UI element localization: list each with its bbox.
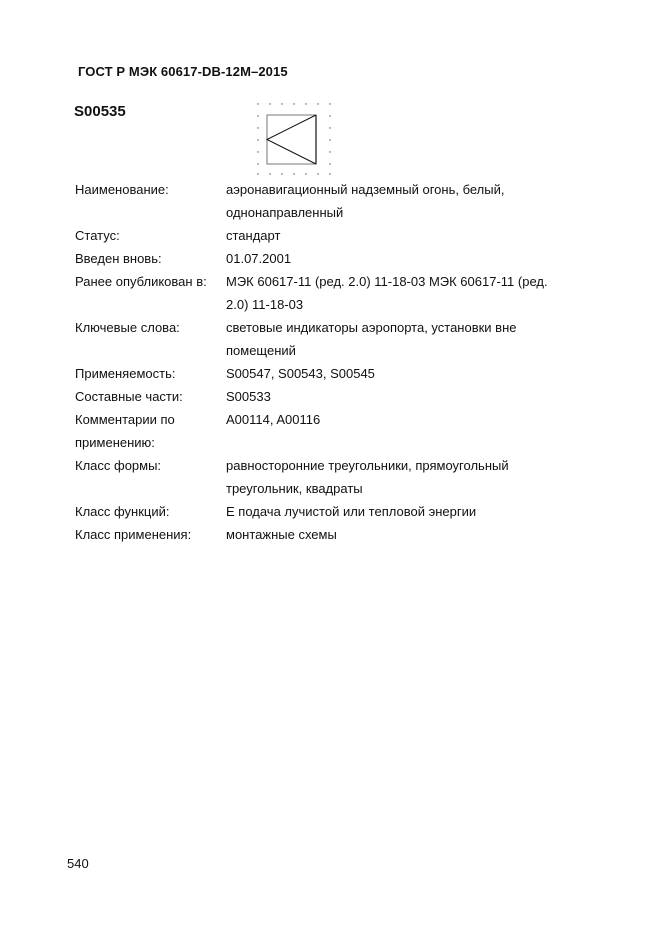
- label-previously-published: Ранее опубликован в:: [75, 270, 226, 316]
- row-keywords: Ключевые слова:световые индикаторы аэроп…: [75, 316, 595, 362]
- label-components: Составные части:: [75, 385, 226, 408]
- label-name: Наименование:: [75, 178, 226, 224]
- label-application-class: Класс применения:: [75, 523, 226, 546]
- row-introduced: Введен вновь:01.07.2001: [75, 247, 595, 270]
- unidirectional-light-symbol-icon: [254, 101, 332, 177]
- label-application-notes: Комментарии по применению:: [75, 408, 226, 454]
- value-application-notes: A00114, A00116: [226, 408, 571, 454]
- value-status: стандарт: [226, 224, 571, 247]
- row-name: Наименование:аэронавигационный надземный…: [75, 178, 595, 224]
- page-number: 540: [67, 856, 89, 871]
- value-application-class: монтажные схемы: [226, 523, 571, 546]
- document-header: ГОСТ Р МЭК 60617-DB-12M–2015: [78, 64, 288, 79]
- label-applicability: Применяемость:: [75, 362, 226, 385]
- row-application-notes: Комментарии по применению:A00114, A00116: [75, 408, 595, 454]
- label-keywords: Ключевые слова:: [75, 316, 226, 362]
- row-applicability: Применяемость:S00547, S00543, S00545: [75, 362, 595, 385]
- label-status: Статус:: [75, 224, 226, 247]
- value-shape-class: равносторонние треугольники, прямоугольн…: [226, 454, 571, 500]
- value-introduced: 01.07.2001: [226, 247, 571, 270]
- value-components: S00533: [226, 385, 571, 408]
- value-keywords: световые индикаторы аэропорта, установки…: [226, 316, 571, 362]
- value-previously-published: МЭК 60617-11 (ред. 2.0) 11-18-03 МЭК 606…: [226, 270, 571, 316]
- symbol-code: S00535: [74, 103, 126, 120]
- attribute-table: Наименование:аэронавигационный надземный…: [75, 178, 595, 546]
- row-components: Составные части:S00533: [75, 385, 595, 408]
- value-name: аэронавигационный надземный огонь, белый…: [226, 178, 571, 224]
- label-introduced: Введен вновь:: [75, 247, 226, 270]
- value-function-class: E подача лучистой или тепловой энергии: [226, 500, 571, 523]
- row-function-class: Класс функций:E подача лучистой или тепл…: [75, 500, 595, 523]
- row-previously-published: Ранее опубликован в:МЭК 60617-11 (ред. 2…: [75, 270, 595, 316]
- row-application-class: Класс применения:монтажные схемы: [75, 523, 595, 546]
- label-shape-class: Класс формы:: [75, 454, 226, 500]
- row-shape-class: Класс формы:равносторонние треугольники,…: [75, 454, 595, 500]
- row-status: Статус:стандарт: [75, 224, 595, 247]
- value-applicability: S00547, S00543, S00545: [226, 362, 571, 385]
- label-function-class: Класс функций:: [75, 500, 226, 523]
